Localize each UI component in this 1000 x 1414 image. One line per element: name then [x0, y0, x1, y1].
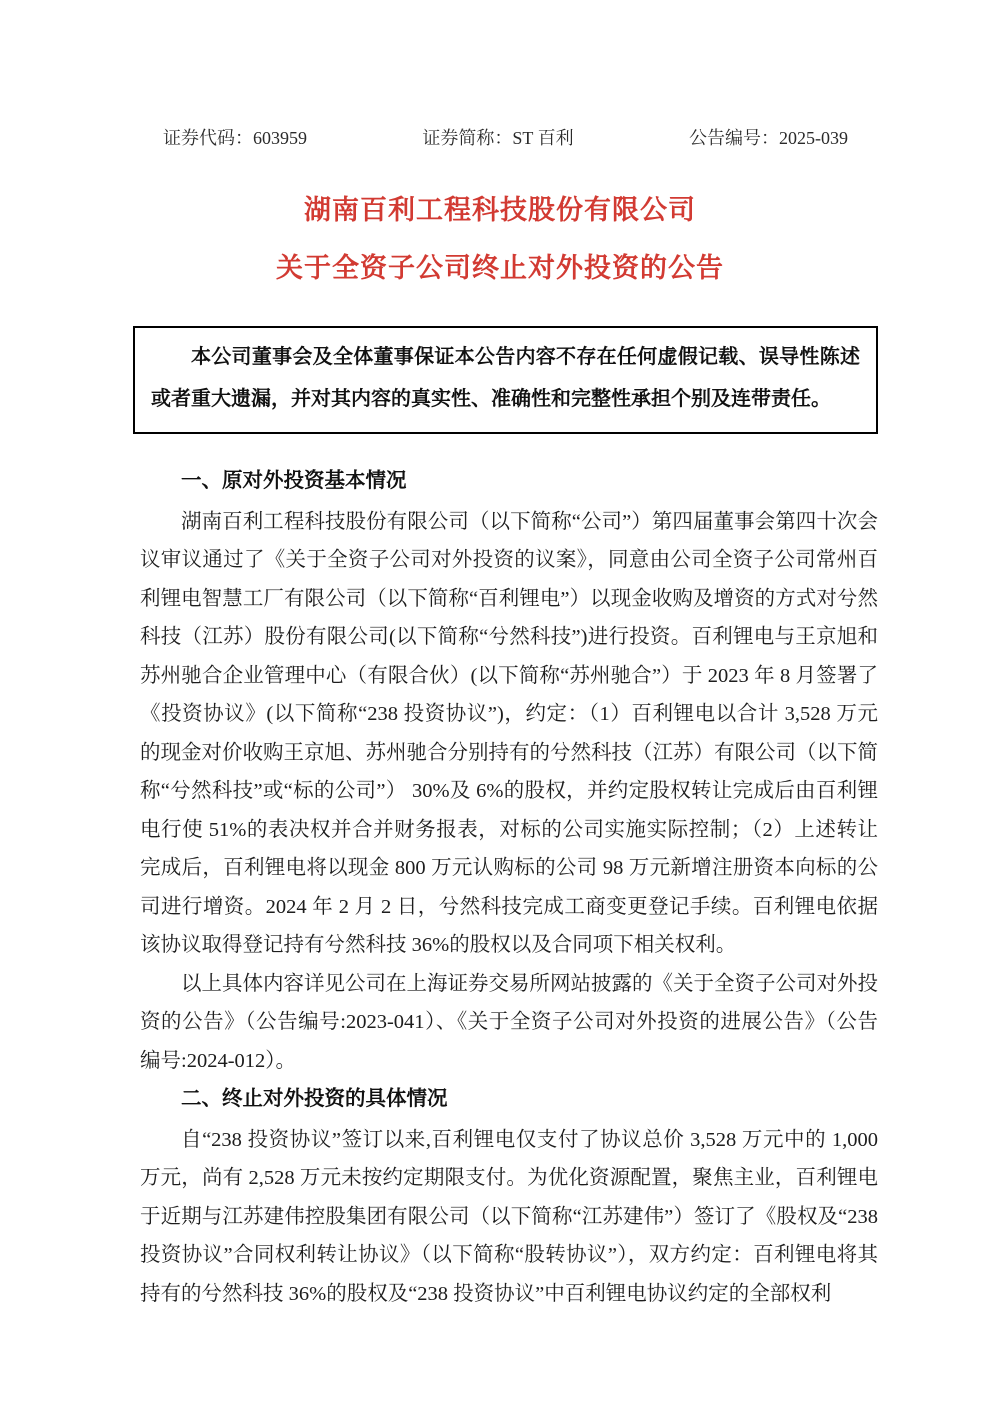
announcement-body: 一、原对外投资基本情况 湖南百利工程科技股份有限公司（以下简称“公司”）第四届董… [140, 462, 878, 1313]
stock-abbr: 证券简称：ST 百利 [422, 126, 573, 150]
announcement-page: 证券代码：603959 证券简称：ST 百利 公告编号：2025-039 湖南百… [0, 0, 1000, 1414]
announcement-title: 关于全资子公司终止对外投资的公告 [0, 252, 1000, 284]
section2-paragraph-1: 自“238 投资协议”签订以来,百利锂电仅支付了协议总价 3,528 万元中的 … [140, 1121, 878, 1314]
section1-paragraph-1: 湖南百利工程科技股份有限公司（以下简称“公司”）第四届董事会第四十次会议审议通过… [140, 503, 878, 965]
board-disclaimer-box: 本公司董事会及全体董事保证本公告内容不存在任何虚假记载、误导性陈述或者重大遗漏，… [133, 326, 878, 434]
document-meta-row: 证券代码：603959 证券简称：ST 百利 公告编号：2025-039 [0, 0, 1000, 150]
company-title: 湖南百利工程科技股份有限公司 [0, 194, 1000, 226]
section2-heading: 二、终止对外投资的具体情况 [140, 1080, 878, 1119]
board-disclaimer-text: 本公司董事会及全体董事保证本公告内容不存在任何虚假记载、误导性陈述或者重大遗漏，… [151, 346, 860, 410]
stock-code: 证券代码：603959 [163, 126, 307, 150]
section1-paragraph-2: 以上具体内容详见公司在上海证券交易所网站披露的《关于全资子公司对外投资的公告》（… [140, 965, 878, 1081]
section1-heading: 一、原对外投资基本情况 [140, 462, 878, 501]
announcement-number: 公告编号：2025-039 [689, 126, 848, 150]
